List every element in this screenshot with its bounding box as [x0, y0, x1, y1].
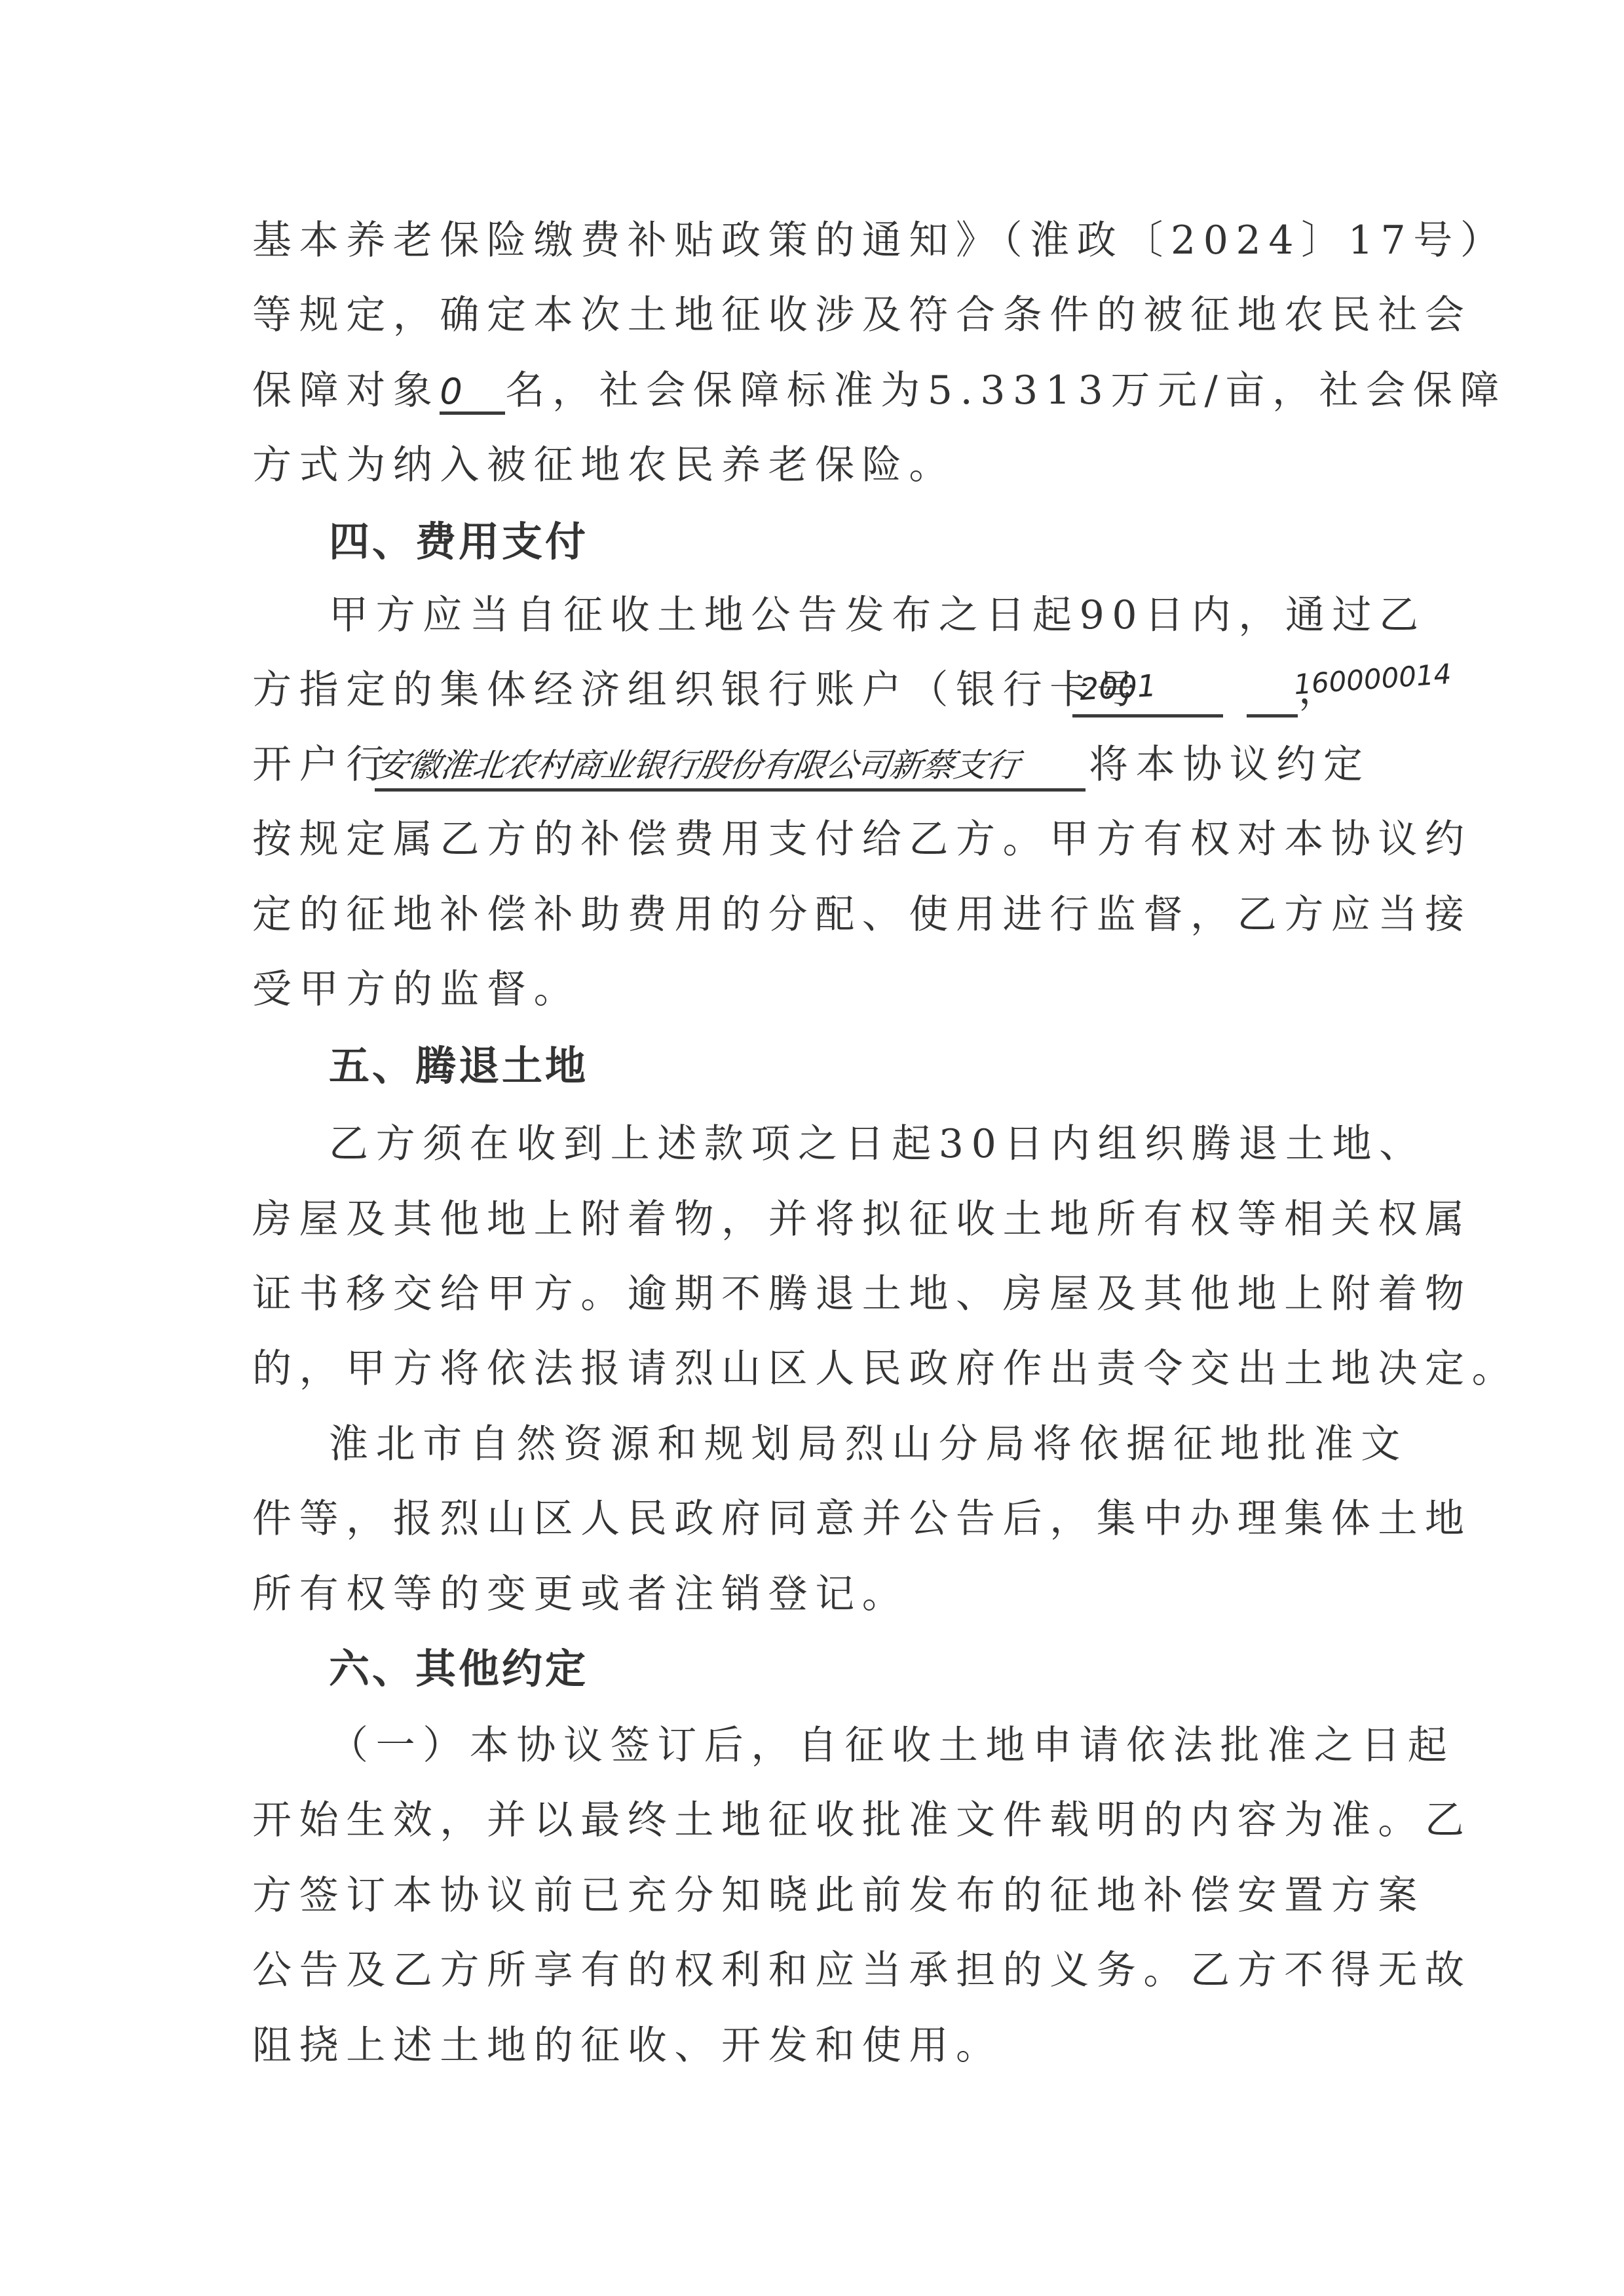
handwritten-bank-card-prefix: 2001 — [1079, 668, 1158, 707]
paragraph-line: 公告及乙方所享有的权利和应当承担的义务。乙方不得无故 — [252, 1947, 1379, 1994]
section-heading-other-terms: 六、其他约定 — [329, 1645, 588, 1693]
paragraph-line: 方式为纳入被征地农民养老保险。 — [252, 442, 1379, 489]
section-heading-vacate-land: 五、腾退土地 — [329, 1043, 588, 1090]
paragraph-line: 房屋及其他地上附着物，并将拟征收土地所有权等相关权属 — [252, 1196, 1379, 1243]
paragraph-line: （一）本协议签订后，自征收土地申请依法批准之日起 — [329, 1722, 1379, 1769]
document-page: 基本养老保险缴费补贴政策的通知》（淮政〔2024〕17号） 等规定，确定本次土地… — [0, 0, 1624, 2296]
text-segment: 保障对象 — [252, 368, 440, 413]
paragraph-line: 件等，报烈山区人民政府同意并公告后，集中办理集体土地 — [252, 1495, 1379, 1542]
paragraph-line: 定的征地补偿补助费用的分配、使用进行监督，乙方应当接 — [252, 891, 1379, 938]
handwritten-social-security-count: 0 — [440, 372, 505, 415]
paragraph-line-bank-card: 方指定的集体经济组织银行账户（银行卡号 — [252, 666, 1379, 714]
paragraph-line: 甲方应当自征收土地公告发布之日起90日内，通过乙 — [329, 592, 1379, 639]
paragraph-line: 方签订本协议前已充分知晓此前发布的征地补偿安置方案 — [252, 1872, 1379, 1919]
text-segment: 开户行 — [252, 742, 393, 788]
paragraph-line: 所有权等的变更或者注销登记。 — [252, 1571, 1379, 1618]
bank-card-underline — [1072, 714, 1223, 717]
paragraph-line: 开始生效，并以最终土地征收批准文件载明的内容为准。乙 — [252, 1797, 1379, 1844]
paragraph-line: 等规定，确定本次土地征收涉及符合条件的被征地农民社会 — [252, 292, 1379, 339]
paragraph-line: 按规定属乙方的补偿费用支付给乙方。甲方有权对本协议约 — [252, 816, 1379, 863]
paragraph-line: 基本养老保险缴费补贴政策的通知》（淮政〔2024〕17号） — [252, 217, 1379, 264]
text-segment: 名，社会保障标准为5.3313万元/亩，社会保障 — [505, 368, 1507, 413]
paragraph-line-with-blank: 保障对象0名，社会保障标准为5.3313万元/亩，社会保障 — [252, 367, 1379, 414]
bank-name-underline — [375, 788, 1086, 792]
bank-card-underline — [1247, 714, 1298, 717]
paragraph-line: 乙方须在收到上述款项之日起30日内组织腾退土地、 — [329, 1120, 1379, 1168]
handwritten-bank-name: 安徽淮北农村商业银行股份有限公司新蔡支行 — [373, 739, 1022, 786]
text-segment: 方指定的集体经济组织银行账户（银行卡号 — [252, 667, 1143, 713]
paragraph-line-segment: 将本协议约定 — [1089, 741, 1384, 788]
paragraph-line: 的，甲方将依法报请烈山区人民政府作出责令交出土地决定。 — [252, 1345, 1405, 1392]
section-heading-payment: 四、费用支付 — [329, 518, 588, 565]
paragraph-line: 阻挠上述土地的征收、开发和使用。 — [252, 2022, 1379, 2069]
paragraph-line: 受甲方的监督。 — [252, 966, 1379, 1013]
paragraph-line: 淮北市自然资源和规划局烈山分局将依据征地批准文 — [329, 1421, 1379, 1468]
comma: ， — [1298, 666, 1338, 714]
paragraph-line: 证书移交给甲方。逾期不腾退土地、房屋及其他地上附着物 — [252, 1271, 1379, 1318]
